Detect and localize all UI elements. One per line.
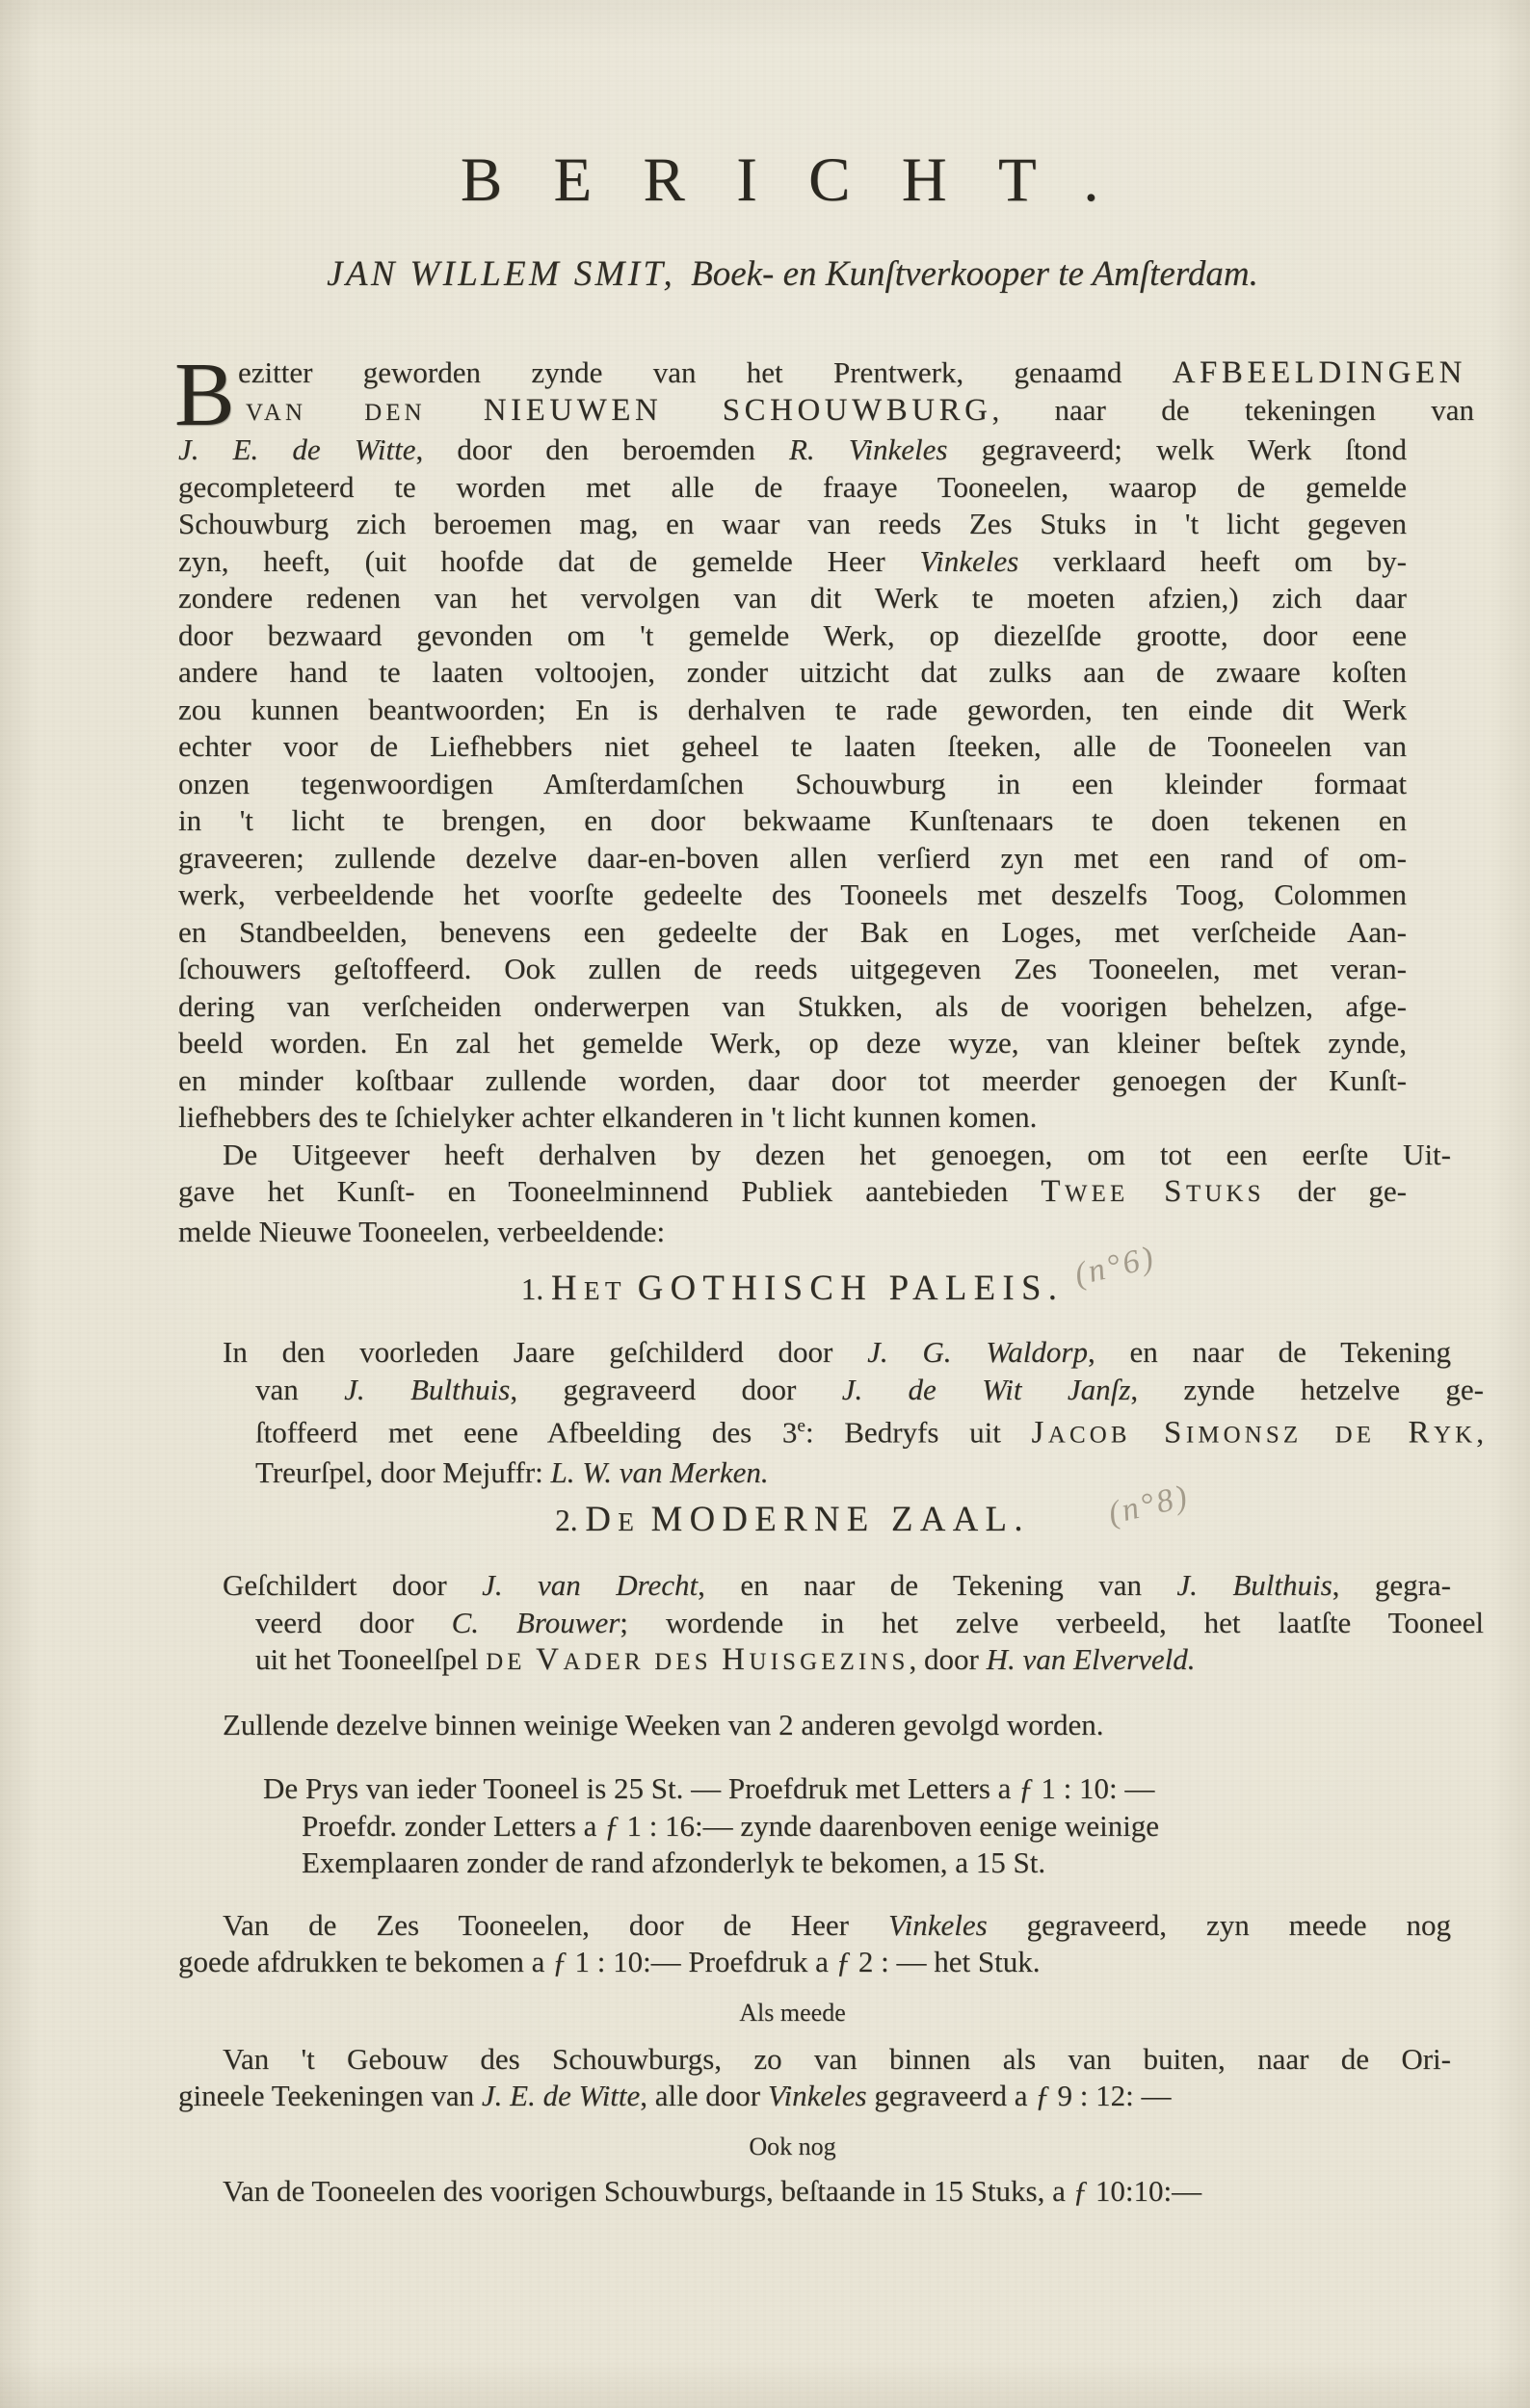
text-line: J. E. de Witte, door den beroemden R. Vi… [178, 432, 1407, 469]
text-run: dering van verſcheiden onderwerpen van S… [178, 989, 1407, 1023]
text-run: DE [1335, 1422, 1409, 1448]
text-run: , naar de tekeningen van [991, 393, 1474, 427]
text-run: werk, verbeeldende het voorſte gedeelte … [178, 877, 1407, 911]
italic-name-text: J. Bulthuis [344, 1373, 510, 1406]
italic-name-text: ƒ [604, 1809, 620, 1843]
italic-name-text: ƒ [1073, 2174, 1089, 2208]
text-run: NIEUWEN SCHOUWBURG [484, 393, 992, 428]
paragraph-building: Van 't Gebouw des Schouwburgs, zo van bi… [178, 2041, 1407, 2115]
text-line: Schouwburg zich beroemen mag, en waar va… [178, 506, 1407, 543]
text-run: 9 : 12: — [1050, 2079, 1172, 2112]
text-run: 10:10:— [1088, 2174, 1201, 2208]
text-run: In den voorleden Jaare geſchilderd door [223, 1335, 867, 1369]
note-ook-nog: Ook nog [178, 2131, 1407, 2163]
text-line: zyn, heeft, (uit hoofde dat de gemelde H… [178, 543, 1407, 581]
text-run: in 't licht te brengen, en door bekwaame… [178, 803, 1407, 837]
text-run: goede afdrukken te bekomen a [178, 1945, 552, 1978]
document-subtitle: JAN WILLEM SMIT,Boek- en Kunſtverkooper … [178, 252, 1407, 297]
text-line: In den voorleden Jaare geſchilderd door … [178, 1334, 1451, 1372]
text-line: beeld worden. En zal het gemelde Werk, o… [178, 1025, 1407, 1062]
text-run: Van de Tooneelen des voorigen Schouwburg… [223, 2174, 1073, 2208]
paragraph-six-scenes: Van de Zes Tooneelen, door de Heer Vinke… [178, 1907, 1407, 1981]
text-line: De Prys van ieder Tooneel is 25 St. — Pr… [178, 1770, 1491, 1808]
publisher-name: JAN WILLEM SMIT, [327, 254, 675, 294]
text-run: D [585, 1499, 618, 1538]
text-line: Van 't Gebouw des Schouwburgs, zo van bi… [178, 2041, 1451, 2079]
italic-name-text: J. de Wit Janſz [842, 1373, 1131, 1406]
text-run: , [1476, 1415, 1484, 1449]
text-run: , gegraveerd door [510, 1373, 841, 1406]
italic-name-text: ƒ [552, 1945, 567, 1978]
text-run: ſtoffeerd met eene Afbeelding des 3 [255, 1415, 797, 1449]
document-body: Bezitter geworden zynde van het Prentwer… [178, 354, 1407, 2210]
text-run: gineele Teekeningen van [178, 2079, 482, 2112]
text-run: ADER [563, 1649, 654, 1675]
text-line: ezitter geworden zynde van het Prentwerk… [178, 354, 1466, 392]
text-run: 1. [521, 1272, 551, 1306]
text-line: gecompleteerd te worden met alle de fraa… [178, 469, 1407, 507]
text-line: Treurſpel, door Mejuffr: L. W. van Merke… [178, 1454, 1484, 1492]
text-run: uit het Tooneelſpel [255, 1642, 486, 1676]
text-line: en minder koſtbaar zullende worden, daar… [178, 1062, 1407, 1100]
paragraph-follow-up: Zullende dezelve binnen weinige Weeken v… [178, 1707, 1407, 1744]
text-run: , alle door [640, 2079, 768, 2112]
text-run: echter voor de Liefhebbers niet geheel t… [178, 729, 1407, 763]
text-line: ſchouwers geſtoffeerd. Ook zullen de ree… [178, 951, 1407, 988]
text-run: TUKS [1186, 1181, 1265, 1207]
text-run: ACOB [1048, 1422, 1164, 1448]
italic-name-text: J. G. Waldorp [867, 1335, 1088, 1369]
text-line: Exemplaaren zonder de rand afzonderlyk t… [178, 1845, 1530, 1882]
italic-name-text: C. Brouwer [452, 1606, 620, 1639]
italic-name-text: Vinkeles [919, 544, 1018, 578]
text-run: H [722, 1642, 749, 1677]
text-line: Proefdr. zonder Letters a ƒ 1 : 16:— zyn… [178, 1808, 1530, 1845]
text-line: zondere redenen van het vervolgen van di… [178, 580, 1407, 617]
text-line: van J. Bulthuis, gegraveerd door J. de W… [178, 1372, 1484, 1409]
text-run: E [618, 1507, 650, 1536]
text-run: gave het Kunſt- en Tooneelminnend Publie… [178, 1174, 1041, 1208]
text-run: YK [1434, 1422, 1476, 1448]
text-line: Zullende dezelve binnen weinige Weeken v… [178, 1707, 1451, 1744]
text-run: Proefdr. zonder Letters a [302, 1809, 604, 1843]
text-run: liefhebbers des te ſchielyker achter elk… [178, 1100, 1037, 1134]
heading-item-2: 2. DE MODERNE ZAAL.(n°8) [178, 1497, 1407, 1544]
text-run: GOTHISCH PALEIS. [638, 1268, 1065, 1307]
text-run: gegraveerd; welk Werk ſtond [947, 432, 1407, 466]
text-line: gineele Teekeningen van J. E. de Witte, … [178, 2078, 1407, 2115]
text-line: echter voor de Liefhebbers niet geheel t… [178, 728, 1407, 766]
text-run: Schouwburg zich beroemen mag, en waar va… [178, 507, 1407, 540]
text-run: S [1164, 1415, 1186, 1450]
text-run: UISGEZINS [749, 1649, 909, 1675]
italic-name-text: ƒ [1035, 2079, 1050, 2112]
paragraph-prices: De Prys van ieder Tooneel is 25 St. — Pr… [178, 1770, 1407, 1882]
text-run: 2. [555, 1504, 585, 1537]
text-run: DES [654, 1649, 722, 1675]
text-line: gave het Kunſt- en Tooneelminnend Publie… [178, 1173, 1407, 1214]
text-run: zou kunnen beantwoorden; En is derhalven… [178, 693, 1407, 726]
text-line: uit het Tooneelſpel DE VADER DES HUISGEZ… [178, 1641, 1484, 1682]
drop-cap-initial: B [174, 357, 235, 432]
italic-name-text: Vinkeles [768, 2079, 867, 2112]
text-line: dering van verſcheiden onderwerpen van S… [178, 988, 1407, 1026]
text-run: , zynde hetzelve ge- [1130, 1373, 1484, 1406]
text-run: V [536, 1642, 563, 1677]
italic-name-text: J. van Drecht [482, 1568, 698, 1602]
text-run: ; wordende in het zelve verbeeld, het la… [620, 1606, 1484, 1639]
text-run: T [1041, 1174, 1065, 1209]
text-run: gegraveerd, zyn meede nog [988, 1908, 1451, 1942]
text-run: en minder koſtbaar zullende worden, daar… [178, 1063, 1407, 1097]
text-run: Van de Zes Tooneelen, door de Heer [223, 1908, 888, 1942]
italic-name-text: R. Vinkeles [789, 432, 948, 466]
italic-name-text: H. van Elverveld. [987, 1642, 1196, 1676]
note-als-meede: Als meede [178, 1997, 1407, 2029]
text-run: Zullende dezelve binnen weinige Weeken v… [223, 1708, 1104, 1741]
text-run: zondere redenen van het vervolgen van di… [178, 581, 1407, 615]
text-run: AFBEELDINGEN [1173, 355, 1466, 390]
text-line: De Uitgeever heeft derhalven by dezen he… [178, 1137, 1451, 1174]
text-run: VAN DEN [246, 400, 484, 426]
text-run: ſchouwers geſtoffeerd. Ook zullen de ree… [178, 952, 1407, 985]
text-run: 1 : 16:— zynde daarenboven eenige weinig… [620, 1809, 1159, 1843]
text-run: gecompleteerd te worden met alle de fraa… [178, 470, 1407, 504]
italic-name-text: ƒ [1018, 1771, 1034, 1805]
text-run: ezitter geworden zynde van het Prentwerk… [238, 355, 1173, 389]
text-line: zou kunnen beantwoorden; En is derhalven… [178, 692, 1407, 729]
text-line: en Standbeelden, benevens een gedeelte d… [178, 914, 1407, 952]
document-title: BERICHT. [178, 143, 1407, 218]
text-run: , door den beroemden [416, 432, 789, 466]
text-run: , en naar de Tekening [1088, 1335, 1451, 1369]
document-page: BERICHT. JAN WILLEM SMIT,Boek- en Kunſtv… [0, 0, 1530, 2408]
italic-name-text: Vinkeles [888, 1908, 988, 1942]
text-run: De Uitgeever heeft derhalven by dezen he… [223, 1138, 1451, 1171]
italic-name-text: L. W. van Merken. [551, 1455, 769, 1489]
italic-name-text: J. Bulthuis [1176, 1568, 1332, 1602]
text-run: 1 : 10: — [1034, 1771, 1155, 1805]
text-run: door bezwaard gevonden om 't gemelde Wer… [178, 618, 1407, 652]
text-run: , gegra- [1332, 1568, 1451, 1602]
paragraph-item-1: In den voorleden Jaare geſchilderd door … [178, 1334, 1407, 1491]
paragraph-item-2: Geſchildert door J. van Drecht, en naar … [178, 1567, 1407, 1682]
text-line: graveeren; zullende dezelve daar-en-bove… [178, 840, 1407, 877]
text-run: WEE [1065, 1181, 1164, 1207]
text-run: e [797, 1416, 805, 1436]
text-line: melde Nieuwe Tooneelen, verbeeldende: [178, 1214, 1407, 1251]
text-line: door bezwaard gevonden om 't gemelde Wer… [178, 617, 1407, 655]
text-run: H [551, 1268, 584, 1307]
text-line: liefhebbers des te ſchielyker achter elk… [178, 1099, 1407, 1137]
paragraph-announcement: De Uitgeever heeft derhalven by dezen he… [178, 1137, 1407, 1251]
paragraph-former-theatre: Van de Tooneelen des voorigen Schouwburg… [178, 2173, 1407, 2211]
italic-name-text: J. E. de Witte [482, 2079, 640, 2112]
text-run: onzen tegenwoordigen Amſterdamſchen Scho… [178, 767, 1407, 800]
text-run: der ge- [1265, 1174, 1407, 1208]
text-line: Geſchildert door J. van Drecht, en naar … [178, 1567, 1451, 1605]
italic-name-text: ƒ [836, 1945, 852, 1978]
text-run: DE [486, 1649, 536, 1675]
text-line: werk, verbeeldende het voorſte gedeelte … [178, 877, 1407, 914]
publisher-role: Boek- en Kunſtverkooper te Amſterdam. [691, 254, 1258, 294]
text-run: graveeren; zullende dezelve daar-en-bove… [178, 841, 1407, 875]
text-run: beeld worden. En zal het gemelde Werk, o… [178, 1026, 1407, 1060]
text-run: ET [584, 1276, 638, 1305]
text-run: J [1032, 1415, 1048, 1450]
text-run: MODERNE ZAAL. [651, 1499, 1030, 1538]
text-line: goede afdrukken te bekomen a ƒ 1 : 10:— … [178, 1944, 1407, 1981]
text-line: Van de Zes Tooneelen, door de Heer Vinke… [178, 1907, 1451, 1945]
text-run: 2 : — het Stuk. [851, 1945, 1040, 1978]
heading-item-1: 1. HET GOTHISCH PALEIS.(n°6) [178, 1266, 1407, 1313]
text-line: andere hand te laaten voltoojen, zonder … [178, 654, 1407, 692]
text-run: R [1408, 1415, 1434, 1450]
text-run: Treurſpel, door Mejuffr: [255, 1455, 551, 1489]
text-run: , door [910, 1642, 987, 1676]
text-run: melde Nieuwe Tooneelen, verbeeldende: [178, 1215, 665, 1248]
text-run: andere hand te laaten voltoojen, zonder … [178, 655, 1407, 689]
paragraph-intro: Bezitter geworden zynde van het Prentwer… [178, 354, 1407, 1137]
text-run: en Standbeelden, benevens een gedeelte d… [178, 915, 1407, 949]
text-run: IMONSZ [1186, 1422, 1335, 1448]
text-run: verklaard heeft om by- [1018, 544, 1407, 578]
text-line: VAN DEN NIEUWEN SCHOUWBURG, naar de teke… [178, 392, 1474, 432]
text-run: Van 't Gebouw des Schouwburgs, zo van bi… [223, 2042, 1451, 2076]
text-run: Geſchildert door [223, 1568, 482, 1602]
text-line: in 't licht te brengen, en door bekwaame… [178, 802, 1407, 840]
text-run: zyn, heeft, (uit hoofde dat de gemelde H… [178, 544, 919, 578]
text-run: De Prys van ieder Tooneel is 25 St. — Pr… [263, 1771, 1018, 1805]
text-column: BERICHT. JAN WILLEM SMIT,Boek- en Kunſtv… [178, 0, 1407, 2210]
text-run: , en naar de Tekening van [698, 1568, 1176, 1602]
text-run: van [255, 1373, 344, 1406]
text-line: veerd door C. Brouwer; wordende in het z… [178, 1605, 1484, 1642]
text-run: S [1164, 1174, 1186, 1209]
text-run: Exemplaaren zonder de rand afzonderlyk t… [302, 1845, 1045, 1879]
text-line: ſtoffeerd met eene Afbeelding des 3e: Be… [178, 1408, 1484, 1454]
text-line: onzen tegenwoordigen Amſterdamſchen Scho… [178, 766, 1407, 803]
text-run: : Bedryfs uit [805, 1415, 1032, 1449]
text-line: Van de Tooneelen des voorigen Schouwburg… [178, 2173, 1451, 2211]
text-run: gegraveerd a [867, 2079, 1036, 2112]
text-run: veerd door [255, 1606, 452, 1639]
text-run: 1 : 10:— Proefdruk a [567, 1945, 836, 1978]
